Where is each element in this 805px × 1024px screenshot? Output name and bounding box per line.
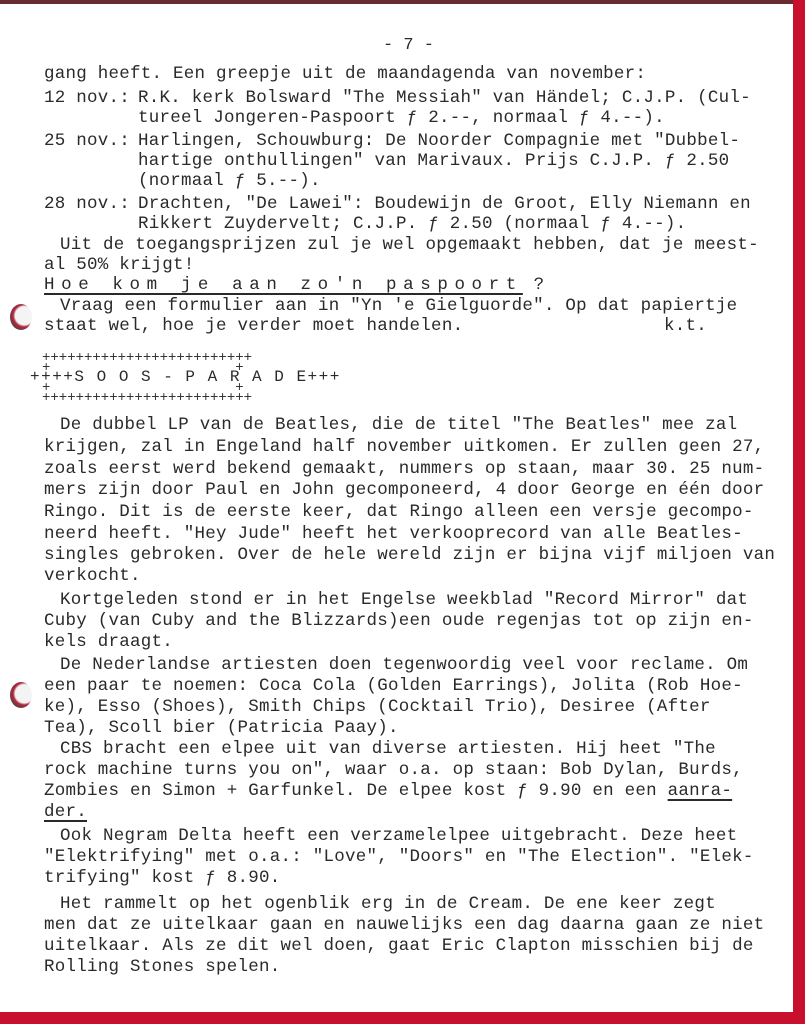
prices-note-line: Uit de toegangsprijzen zul je wel opgema…	[60, 235, 759, 255]
paragraph-line: zoals eerst werd bekend gemaakt, nummers…	[44, 459, 764, 479]
typewritten-page: - 7 - gang heeft. Een greepje uit de maa…	[0, 0, 790, 1010]
paragraph-line: Het rammelt op het ogenblik erg in de Cr…	[60, 894, 716, 914]
paragraph-line: mers zijn door Paul en John gecomponeerd…	[44, 480, 764, 500]
paragraph-line: De dubbel LP van de Beatles, die de tite…	[60, 415, 737, 435]
agenda-date: 25 nov.:	[44, 131, 130, 151]
punch-hole-icon	[10, 682, 32, 708]
punch-hole-icon	[10, 304, 32, 330]
paragraph-line: "Elektrifying" met o.a.: "Love", "Doors"…	[44, 847, 754, 867]
agenda-date: 12 nov.:	[44, 88, 130, 108]
passport-text-line: staat wel, hoe je verder moet handelen.	[44, 316, 463, 336]
paragraph-line: CBS bracht een elpee uit van diverse art…	[60, 739, 716, 759]
agenda-line: tureel Jongeren-Paspoort ƒ 2.--, normaal…	[138, 108, 665, 128]
prices-note-line: al 50% krijgt!	[44, 255, 195, 275]
signature: k.t.	[664, 316, 707, 336]
paragraph-line: Tea), Scoll bier (Patricia Paay).	[44, 718, 399, 738]
paragraph-line: verkocht.	[44, 566, 141, 586]
paragraph-line: rock machine turns you on", waar o.a. op…	[44, 760, 743, 780]
agenda-line: Drachten, "De Lawei": Boudewijn de Groot…	[138, 194, 751, 214]
agenda-line: R.K. kerk Bolsward "The Messiah" van Hän…	[138, 88, 751, 108]
agenda-line: Rikkert Zuydervelt; C.J.P. ƒ 2.50 (norma…	[138, 214, 686, 234]
paragraph-line: der.	[44, 802, 87, 822]
page-number: - 7 -	[383, 36, 434, 55]
red-binder-bottom-edge	[0, 1012, 805, 1024]
agenda-date: 28 nov.:	[44, 194, 130, 214]
paragraph-line: uitelkaar. Als ze dit wel doen, gaat Eri…	[44, 936, 754, 956]
paragraph-line: De Nederlandse artiesten doen tegenwoord…	[60, 655, 748, 675]
agenda-line: hartige onthullingen" van Marivaux. Prij…	[138, 151, 729, 171]
paragraph-line: singles gebroken. Over de hele wereld zi…	[44, 545, 775, 565]
paragraph-line: Ringo. Dit is de eerste keer, dat Ringo …	[44, 502, 754, 522]
underlined-word: aanra-	[668, 781, 733, 801]
agenda-line: (normaal ƒ 5.--).	[138, 171, 321, 191]
paragraph-line: Zombies en Simon + Garfunkel. De elpee k…	[44, 781, 732, 801]
soos-parade-box-bottom: +++++++++++++++++++++++++	[42, 392, 252, 404]
paragraph-line: Rolling Stones spelen.	[44, 957, 281, 977]
passport-heading: Hoe kom je aan zo'n paspoort ?	[44, 275, 544, 295]
paragraph-line: neerd heeft. "Hey Jude" heeft het verkoo…	[44, 524, 743, 544]
paragraph-line: krijgen, zal in Engeland half november u…	[44, 437, 764, 457]
paragraph-line: men dat ze uitelkaar gaan en nauwelijks …	[44, 915, 764, 935]
passport-heading-text: Hoe kom je aan zo'n paspoort	[44, 275, 523, 295]
paragraph-line: Ook Negram Delta heeft een verzamelelpee…	[60, 826, 737, 846]
agenda-intro: gang heeft. Een greepje uit de maandagen…	[44, 64, 646, 84]
paragraph-line: Cuby (van Cuby and the Blizzards)een oud…	[44, 611, 754, 631]
red-binder-edge	[793, 0, 805, 1024]
passport-text-line: Vraag een formulier aan in "Yn 'e Gielgu…	[60, 296, 737, 316]
paragraph-line: een paar te noemen: Coca Cola (Golden Ea…	[44, 676, 743, 696]
paragraph-line: trifying" kost ƒ 8.90.	[44, 868, 281, 888]
paragraph-line: kels draagt.	[44, 632, 173, 652]
paragraph-line: ke), Esso (Shoes), Smith Chips (Cocktail…	[44, 697, 711, 717]
agenda-line: Harlingen, Schouwburg: De Noorder Compag…	[138, 131, 740, 151]
paragraph-line: Kortgeleden stond er in het Engelse week…	[60, 590, 748, 610]
